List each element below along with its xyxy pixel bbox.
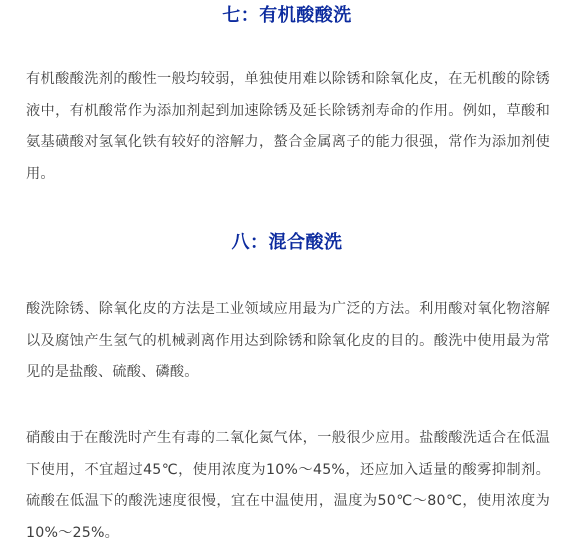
paragraph-organic-acid-pickling: 有机酸酸洗剂的酸性一般均较弱，单独使用难以除锈和除氧化皮，在无机酸的除锈液中，有… (26, 64, 550, 190)
paragraph-mixed-acid-methods: 酸洗除锈、除氧化皮的方法是工业领域应用最为广泛的方法。利用酸对氧化物溶解以及腐蚀… (26, 294, 550, 389)
paragraph-nitric-hydrochloric-sulfuric: 硝酸由于在酸洗时产生有毒的二氧化氮气体，一般很少应用。盐酸酸洗适合在低温下使用，… (26, 423, 550, 549)
section-heading-mixed-acid-pickling: 八：混合酸洗 (0, 232, 574, 254)
article: 七：有机酸酸洗 有机酸酸洗剂的酸性一般均较弱，单独使用难以除锈和除氧化皮，在无机… (0, 0, 574, 556)
section-heading-organic-acid-pickling: 七：有机酸酸洗 (0, 5, 574, 27)
